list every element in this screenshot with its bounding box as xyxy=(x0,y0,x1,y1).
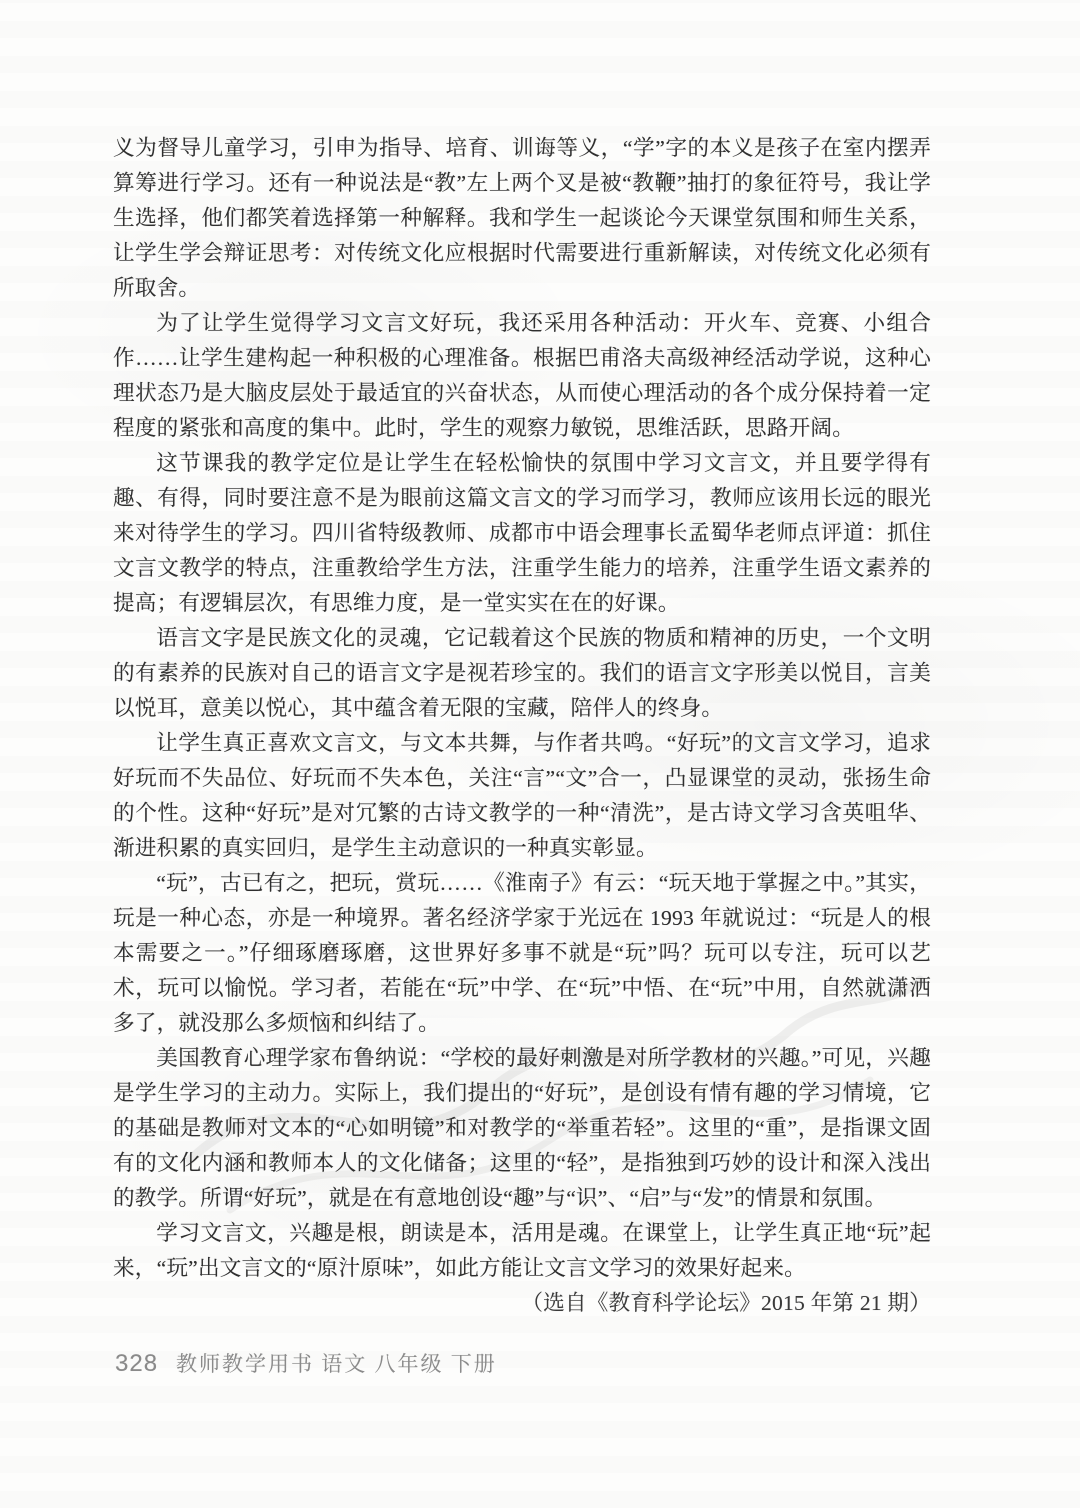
body-paragraph: 美国教育心理学家布鲁纳说：“学校的最好刺激是对所学教材的兴趣。”可见，兴趣是学生… xyxy=(113,1041,931,1216)
body-paragraph: “玩”，古已有之，把玩，赏玩……《淮南子》有云：“玩天地于掌握之中。”其实，玩是… xyxy=(113,866,931,1041)
body-paragraph: 为了让学生觉得学习文言文好玩，我还采用各种活动：开火车、竞赛、小组合作……让学生… xyxy=(113,306,931,446)
body-paragraph: 语言文字是民族文化的灵魂，它记载着这个民族的物质和精神的历史，一个文明的有素养的… xyxy=(113,621,931,726)
footer-book-title: 教师教学用书 语文 八年级 下册 xyxy=(176,1348,497,1378)
body-paragraph: 这节课我的教学定位是让学生在轻松愉快的氛围中学习文言文，并且要学得有趣、有得，同… xyxy=(113,446,931,621)
page-footer: 328 教师教学用书 语文 八年级 下册 xyxy=(115,1348,497,1378)
scanned-book-page: 义为督导儿童学习，引申为指导、培育、训诲等义，“学”字的本义是孩子在室内摆弄算筹… xyxy=(0,0,1080,1508)
body-paragraph: 让学生真正喜欢文言文，与文本共舞，与作者共鸣。“好玩”的文言文学习，追求好玩而不… xyxy=(113,726,931,866)
source-attribution: （选自《教育科学论坛》2015 年第 21 期） xyxy=(113,1286,931,1321)
body-paragraph: 学习文言文，兴趣是根，朗读是本，活用是魂。在课堂上，让学生真正地“玩”起来，“玩… xyxy=(113,1216,931,1286)
article-body: 义为督导儿童学习，引申为指导、培育、训诲等义，“学”字的本义是孩子在室内摆弄算筹… xyxy=(113,131,931,1321)
footer-page-number: 328 xyxy=(115,1350,158,1378)
body-paragraph: 义为督导儿童学习，引申为指导、培育、训诲等义，“学”字的本义是孩子在室内摆弄算筹… xyxy=(113,131,931,306)
